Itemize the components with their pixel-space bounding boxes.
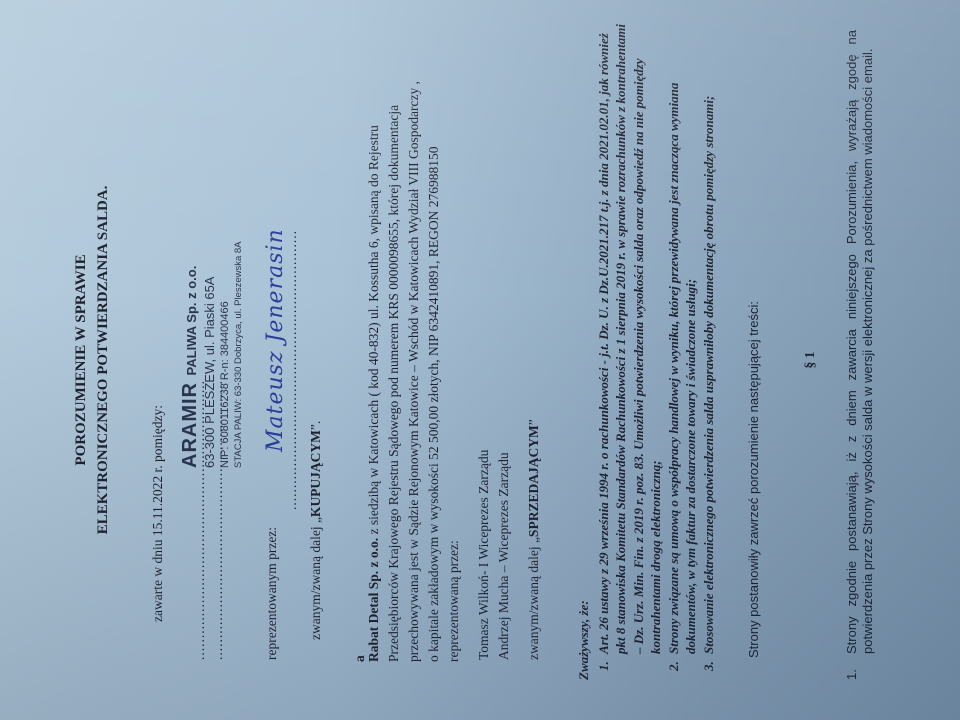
title-line-2: ELEKTRONICZNEGO POTWIERDZANIA SALDA.	[92, 0, 114, 720]
clause-1-text: Strony zgodnie postanawiają, iż z dniem …	[844, 30, 876, 654]
whereas-heading: Zważywszy, że:	[575, 20, 593, 680]
whereas-section: Zważywszy, że: Art. 26 ustawy z 29 wrześ…	[575, 20, 717, 680]
clause-1-number: 1.	[844, 669, 860, 680]
designation-prefix: zwanym/zwaną dalej „	[308, 517, 323, 640]
intro-line: zawarte w dniu 15.11.2022 r. pomiędzy:	[148, 405, 168, 622]
stamp-company: PALIWA Sp. z o.o.	[184, 266, 199, 376]
seller-block: Rabat Detal Sp. z o.o. z siedzibą w Kato…	[364, 81, 464, 662]
seller-line-5: reprezentowaną przez:	[444, 81, 464, 662]
document-title: POROZUMIENIE W SPRAWIE ELEKTRONICZNEGO P…	[70, 0, 114, 720]
whereas-list: Art. 26 ustawy z 29 września 1994 r. o r…	[595, 20, 718, 680]
designation-kupujacym: KUPUJĄCYM	[308, 430, 323, 517]
designation-suffix: ”.	[308, 421, 323, 430]
stamp-address: 63-300 PLESZEW, ul. Piaski 65A	[202, 241, 218, 468]
clause-1: 1. Strony zgodnie postanawiają, iż z dni…	[844, 30, 876, 680]
buyer-designation: zwanym/zwaną dalej „KUPUJĄCYM”.	[306, 421, 326, 640]
seller-line-1: Rabat Detal Sp. z o.o. z siedzibą w Kato…	[364, 81, 384, 662]
seller-designation-prefix: zwanym/zwaną dalej „	[526, 537, 541, 660]
designation-sprzedajacym: SPRZEDAJĄCYM	[526, 425, 541, 537]
seller-line-1-rest: z siedzibą w Katowicach ( kod 40-832) ul…	[366, 125, 381, 538]
seller-line-4: o kapitale zakładowym w wysokości 52 500…	[424, 81, 444, 662]
handwritten-signature: Mateusz Jenerasin	[266, 228, 286, 452]
title-line-1: POROZUMIENIE W SPRAWIE	[70, 0, 92, 720]
seller-representatives: Tomasz Wilkoń- I Wiceprezes Zarządu Andr…	[474, 450, 514, 660]
seller-rep-2: Andrzej Mucha – Wiceprezes Zarządu	[494, 450, 514, 660]
buyer-company-stamp: ARAMIR PALIWA Sp. z o.o. 63-300 PLESZEW,…	[180, 241, 245, 468]
whereas-item: Art. 26 ustawy z 29 września 1994 r. o r…	[595, 20, 665, 658]
seller-rep-1: Tomasz Wilkoń- I Wiceprezes Zarządu	[474, 450, 494, 660]
seller-designation-suffix: ”	[526, 419, 541, 425]
resolution-line: Strony postanowiły zawrzeć porozumienie …	[744, 301, 764, 658]
stamp-brand: ARAMIR PALIWA Sp. z o.o.	[180, 241, 202, 468]
represented-by-label: reprezentowanym przez:	[262, 527, 282, 660]
stamp-brand-name: ARAMIR	[179, 382, 201, 468]
seller-name: Rabat Detal Sp. z o.o.	[366, 538, 381, 662]
whereas-item: Strony związane są umową o współpracy ha…	[665, 20, 700, 658]
whereas-item: Stosowanie elektronicznego potwierdzenia…	[700, 20, 718, 658]
seller-designation: zwanym/zwaną dalej „SPRZEDAJĄCYM”	[524, 419, 544, 660]
seller-line-2: Przedsiębiorców Krajowego Rejestru Sądow…	[384, 81, 404, 662]
stamp-station: STACJA PALIW: 63-330 Dobrzyca, ul. Plesz…	[232, 241, 245, 468]
document-page: POROZUMIENIE W SPRAWIE ELEKTRONICZNEGO P…	[0, 0, 960, 720]
stamp-ids: NIP: 6080116238 R-n: 384400466	[218, 241, 232, 468]
seller-line-3: przechowywana jest w Sądzie Rejonowym Ka…	[404, 81, 424, 662]
section-1-heading: § 1	[800, 0, 820, 720]
